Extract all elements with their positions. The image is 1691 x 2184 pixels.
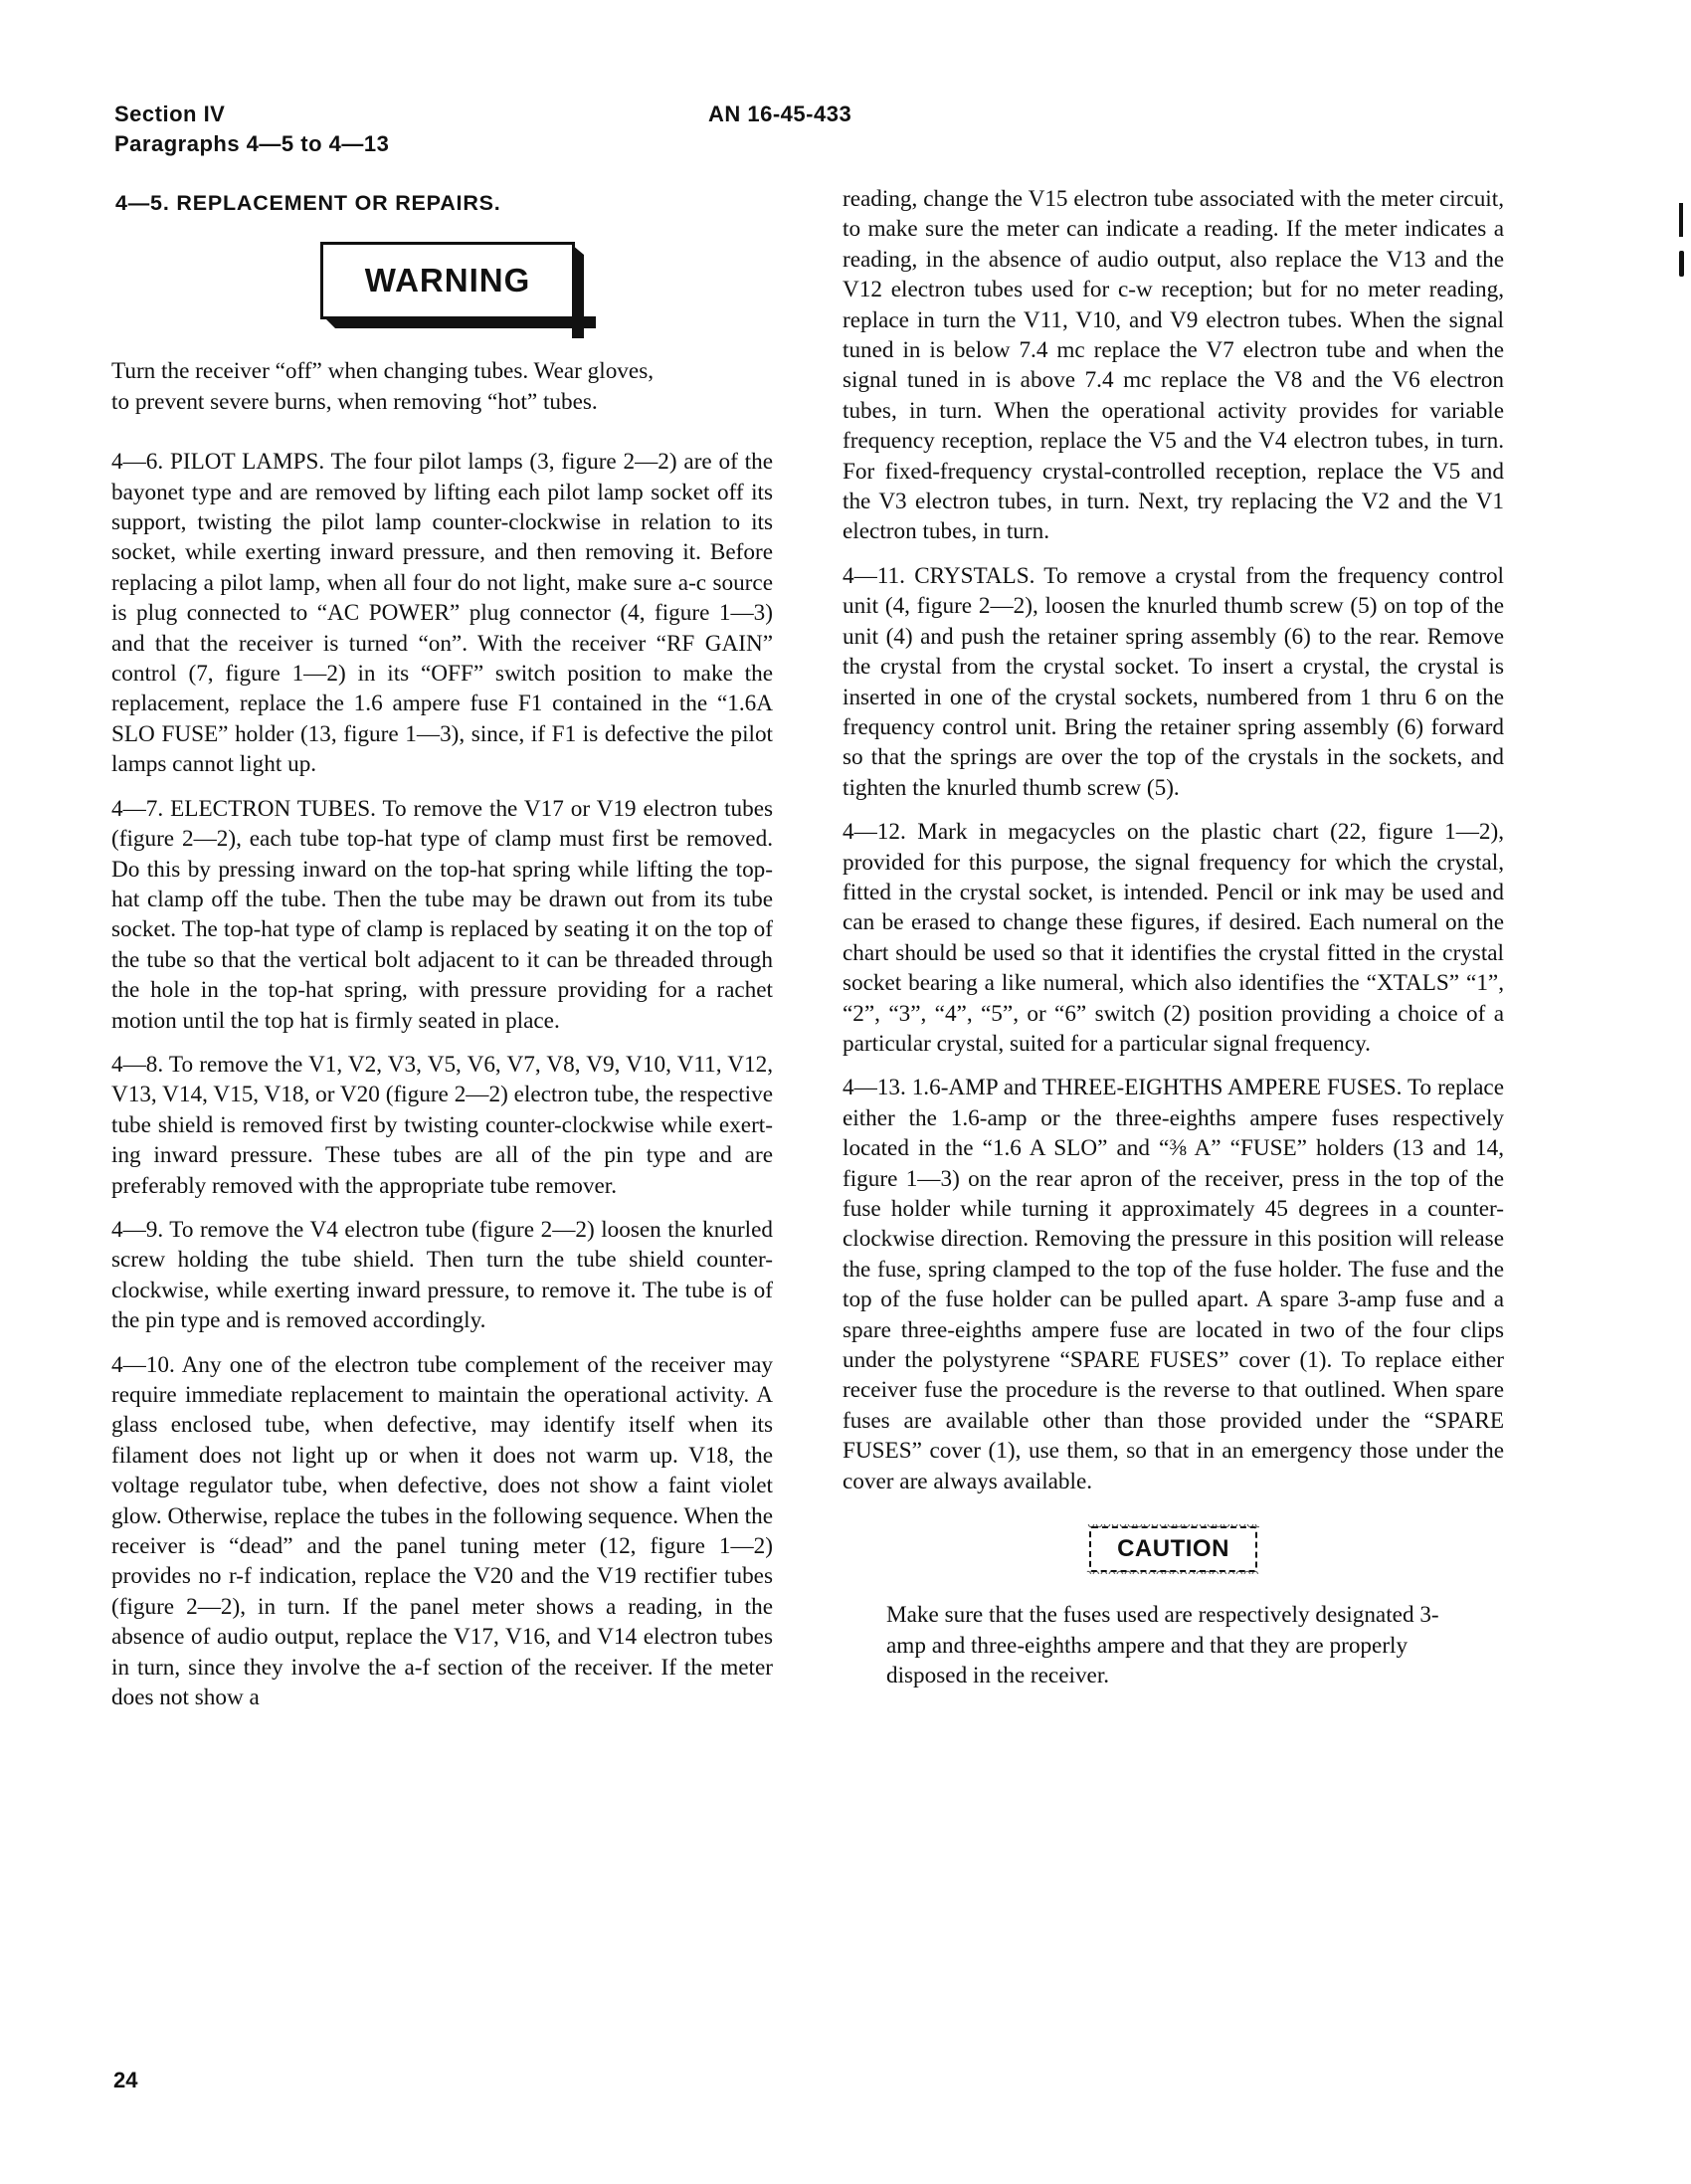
caution-text: Make sure that the fuses used are respec… — [886, 1600, 1448, 1690]
margin-change-bar — [1679, 203, 1683, 237]
caution-label: CAUTION — [1089, 1526, 1257, 1572]
document-number: AN 16-45-433 — [708, 99, 851, 129]
paragraph-body: To remove the V4 electron tube (figure 2… — [111, 1217, 773, 1333]
running-header-left: Section IV Paragraphs 4—5 to 4—13 — [114, 99, 389, 159]
paragraph-body: To remove the V17 or V19 electron tubes … — [111, 796, 773, 1034]
margin-change-bar — [1679, 251, 1684, 277]
paragraph-4-13: 4—13. 1.6-AMP and THREE-EIGHTHS AMPERE F… — [843, 1073, 1504, 1496]
paragraph-4-7: 4—7. ELECTRON TUBES. To remove the V17 o… — [111, 794, 773, 1036]
paragraph-lead: 4—11. CRYSTALS. — [843, 563, 1034, 589]
warning-label: WARNING — [320, 242, 575, 319]
paragraph-lead: 4—12. — [843, 819, 906, 845]
section-heading: 4—5. REPLACEMENT OR REPAIRS. — [115, 188, 773, 218]
paragraph-lead: 4—10. — [111, 1352, 175, 1378]
paragraph-body: Any one of the electron tube complement … — [111, 1352, 773, 1710]
paragraph-body: Mark in megacycles on the plastic chart … — [843, 819, 1504, 1057]
paragraph-body: To replace either the 1.6-amp or the thr… — [843, 1075, 1504, 1493]
section-label: Section IV — [114, 99, 389, 129]
warning-text: Turn the receiver “off” when changing tu… — [111, 356, 668, 417]
paragraph-body: To remove the V1, V2, V3, V5, V6, V7, V8… — [111, 1052, 773, 1199]
paragraph-lead: 4—9. — [111, 1217, 163, 1243]
paragraph-4-9: 4—9. To remove the V4 electron tube (fig… — [111, 1215, 773, 1336]
paragraph-lead: 4—8. — [111, 1052, 163, 1078]
paragraph-4-11: 4—11. CRYSTALS. To remove a crystal from… — [843, 561, 1504, 803]
right-column: reading, change the V15 electron tube as… — [843, 184, 1504, 1691]
paragraph-4-10-continued: reading, change the V15 electron tube as… — [843, 184, 1504, 547]
warning-notice: WARNING — [320, 242, 589, 336]
paragraph-body: The four pilot lamps (3, figure 2—2) are… — [111, 449, 773, 777]
paragraph-body: To remove a crystal from the fre­quency … — [843, 563, 1504, 801]
paragraph-4-12: 4—12. Mark in megacycles on the plastic … — [843, 817, 1504, 1059]
paragraph-4-6: 4—6. PILOT LAMPS. The four pilot lamps (… — [111, 447, 773, 779]
paragraphs-range: Paragraphs 4—5 to 4—13 — [114, 129, 389, 159]
paragraph-lead: 4—7. ELECTRON TUBES. — [111, 796, 376, 822]
paragraph-lead: 4—13. 1.6-AMP and THREE-EIGHTHS AMPERE F… — [843, 1075, 1402, 1100]
paragraph-4-8: 4—8. To remove the V1, V2, V3, V5, V6, V… — [111, 1050, 773, 1201]
paragraph-4-10: 4—10. Any one of the electron tube compl… — [111, 1350, 773, 1713]
left-column: 4—5. REPLACEMENT OR REPAIRS. WARNING Tur… — [111, 184, 773, 1726]
caution-notice: CAUTION — [843, 1526, 1504, 1572]
paragraph-lead: 4—6. PILOT LAMPS. — [111, 449, 324, 475]
page-number: 24 — [113, 2068, 137, 2093]
